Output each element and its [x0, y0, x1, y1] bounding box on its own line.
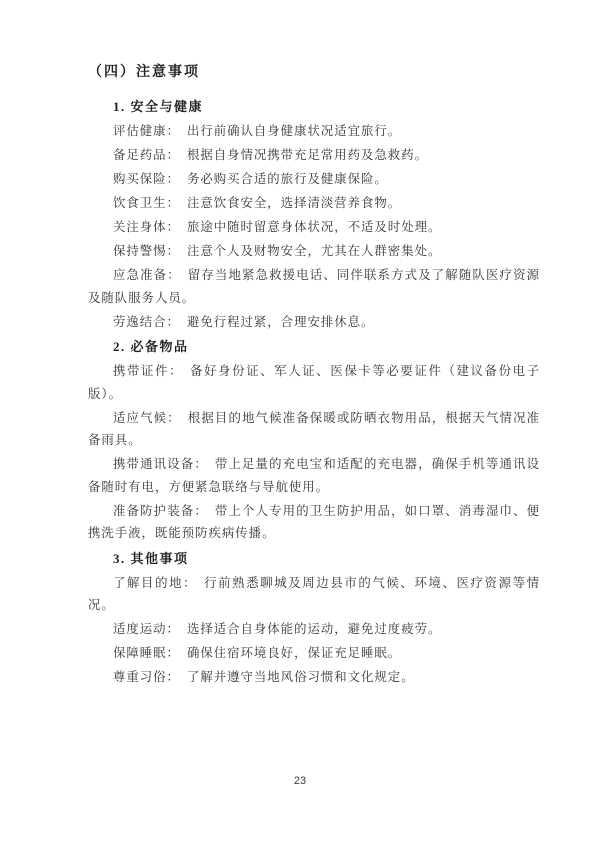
- item-label: 保障睡眠：: [113, 646, 180, 660]
- document-page: （四）注意事项 1. 安全与健康 评估健康：出行前确认自身健康状况适宜旅行。 备…: [0, 0, 600, 845]
- item-label: 评估健康：: [113, 124, 180, 138]
- list-item: 关注身体：旅途中随时留意身体状况，不适及时处理。: [88, 216, 540, 239]
- section-heading-essential-items: 2. 必备物品: [113, 338, 540, 356]
- list-item: 备足药品：根据自身情况携带充足常用药及急救药。: [88, 144, 540, 167]
- item-label: 购买保险：: [113, 172, 180, 186]
- item-label: 关注身体：: [113, 220, 180, 234]
- section-heading-safety-health: 1. 安全与健康: [113, 98, 540, 116]
- list-item: 保持警惕：注意个人及财物安全，尤其在人群密集处。: [88, 240, 540, 263]
- item-label: 携带通讯设备：: [113, 457, 208, 471]
- list-item: 携带通讯设备：带上足量的充电宝和适配的充电器，确保手机等通讯设备随时有电，方便紧…: [88, 453, 540, 498]
- item-label: 适应气候：: [113, 411, 181, 425]
- list-item: 携带证件：备好身份证、军人证、医保卡等必要证件（建议备份电子版）。: [88, 360, 540, 405]
- list-item: 评估健康：出行前确认自身健康状况适宜旅行。: [88, 120, 540, 143]
- item-label: 保持警惕：: [113, 244, 180, 258]
- section-other-matters: 3. 其他事项 了解目的地：行前熟悉聊城及周边县市的气候、环境、医疗资源等情况。…: [88, 550, 540, 689]
- item-label: 了解目的地：: [113, 576, 197, 590]
- item-text: 务必购买合适的旅行及健康保险。: [187, 172, 388, 186]
- list-item: 饮食卫生：注意饮食安全，选择清淡营养食物。: [88, 192, 540, 215]
- list-item: 尊重习俗：了解并遵守当地风俗习惯和文化规定。: [88, 666, 540, 689]
- item-label: 应急准备：: [113, 268, 181, 282]
- list-item: 了解目的地：行前熟悉聊城及周边县市的气候、环境、医疗资源等情况。: [88, 572, 540, 617]
- list-item: 购买保险：务必购买合适的旅行及健康保险。: [88, 168, 540, 191]
- list-item: 准备防护装备：带上个人专用的卫生防护用品，如口罩、消毒湿巾、便携洗手液，既能预防…: [88, 500, 540, 545]
- list-item: 保障睡眠：确保住宿环境良好，保证充足睡眠。: [88, 642, 540, 665]
- item-label: 尊重习俗：: [113, 670, 180, 684]
- list-item: 应急准备：留存当地紧急救援电话、同伴联系方式及了解随队医疗资源及随队服务人员。: [88, 264, 540, 309]
- item-text: 避免行程过紧，合理安排休息。: [187, 315, 374, 329]
- item-text: 选择适合自身体能的运动，避免过度疲劳。: [187, 622, 441, 636]
- list-item: 劳逸结合：避免行程过紧，合理安排休息。: [88, 311, 540, 334]
- section-essential-items: 2. 必备物品 携带证件：备好身份证、军人证、医保卡等必要证件（建议备份电子版）…: [88, 338, 540, 545]
- item-label: 携带证件：: [113, 364, 183, 378]
- list-item: 适应气候：根据目的地气候准备保暖或防晒衣物用品，根据天气情况准备雨具。: [88, 407, 540, 452]
- item-text: 根据自身情况携带充足常用药及急救药。: [187, 148, 428, 162]
- item-text: 注意饮食安全，选择清淡营养食物。: [187, 196, 401, 210]
- page-title: （四）注意事项: [88, 63, 540, 82]
- item-label: 准备防护装备：: [113, 504, 208, 518]
- item-label: 备足药品：: [113, 148, 180, 162]
- section-heading-other-matters: 3. 其他事项: [113, 550, 540, 568]
- item-text: 注意个人及财物安全，尤其在人群密集处。: [187, 244, 441, 258]
- list-item: 适度运动：选择适合自身体能的运动，避免过度疲劳。: [88, 618, 540, 641]
- page-number: 23: [0, 775, 600, 787]
- item-label: 饮食卫生：: [113, 196, 180, 210]
- item-text: 出行前确认自身健康状况适宜旅行。: [187, 124, 401, 138]
- section-safety-health: 1. 安全与健康 评估健康：出行前确认自身健康状况适宜旅行。 备足药品：根据自身…: [88, 98, 540, 333]
- item-text: 旅途中随时留意身体状况，不适及时处理。: [187, 220, 441, 234]
- item-text: 了解并遵守当地风俗习惯和文化规定。: [187, 670, 415, 684]
- item-text: 确保住宿环境良好，保证充足睡眠。: [187, 646, 401, 660]
- item-label: 适度运动：: [113, 622, 180, 636]
- item-label: 劳逸结合：: [113, 315, 180, 329]
